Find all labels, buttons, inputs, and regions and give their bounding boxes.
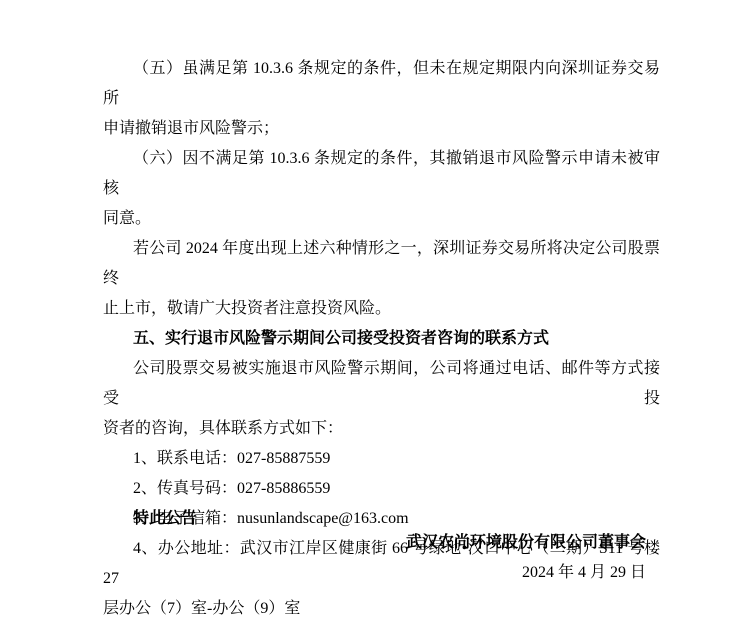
announcement-date: 2024 年 4 月 29 日 [103,558,660,588]
clause-five-line-1: （五）虽满足第 10.3.6 条规定的条件，但未在规定期限内向深圳证券交易所 [103,54,660,114]
risk-warning-line-2: 止上市，敬请广大投资者注意投资风险。 [103,294,660,324]
section-five-heading: 五、实行退市风险警示期间公司接受投资者咨询的联系方式 [103,324,660,354]
office-address-line-2: 层办公（7）室-办公（9）室 [103,594,660,624]
risk-warning-line-1: 若公司 2024 年度出现上述六种情形之一，深圳证券交易所将决定公司股票终 [103,234,660,294]
contact-intro-line-2: 资者的咨询，具体联系方式如下： [103,414,660,444]
clause-six-line-2: 同意。 [103,204,660,234]
contact-intro-line-1: 公司股票交易被实施退市风险警示期间，公司将通过电话、邮件等方式接受投 [103,354,660,414]
contact-fax-line: 2、传真号码：027-85886559 [103,474,660,504]
signature-company: 武汉农尚环境股份有限公司董事会 [103,528,660,558]
clause-six-line-1: （六）因不满足第 10.3.6 条规定的条件，其撤销退市风险警示申请未被审核 [103,144,660,204]
clause-five-line-2: 申请撤销退市风险警示； [103,114,660,144]
contact-phone-line: 1、联系电话：027-85887559 [103,444,660,474]
announcement-document-page: （五）虽满足第 10.3.6 条规定的条件，但未在规定期限内向深圳证券交易所 申… [0,0,750,626]
